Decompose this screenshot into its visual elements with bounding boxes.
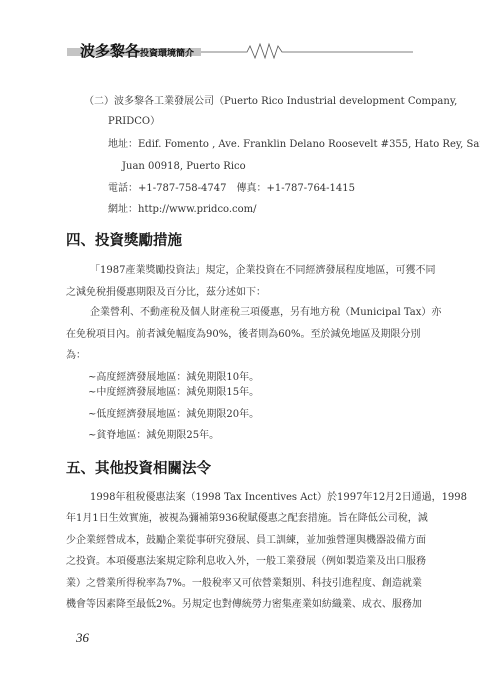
section-4-heading: 四、投資獎勵措施 [66, 229, 182, 250]
section-4-line: 「1987產業獎勵投資法」規定，企業投資在不同經濟發展程度地區，可獲不同 [90, 265, 435, 277]
list-item: ~高度經濟發展地區：減免期限10年。 [88, 372, 259, 384]
section-5-line: 機會等因素降至最低2%。另規定也對傳統勞力密集產業如紡織業、成衣、服務加 [66, 599, 422, 611]
section-5-line: 少企業經營成本，鼓勵企業從事研究發展、員工訓練，並加強營運與機器設備方面 [66, 535, 426, 547]
section-5-heading: 五、其他投資相關法令 [66, 457, 211, 478]
section-4-line: 在免稅項目內。前者減免幅度為90%，後者則為60%。至於減免地區及期限分別 [66, 329, 420, 341]
org-line-1: （二）波多黎各工業發展公司（Puerto Rico Industrial dev… [84, 96, 457, 108]
section-4-line: 之減免稅捐優惠期限及百分比，茲分述如下： [66, 287, 266, 299]
section-5-line: 之投資。本項優惠法案規定除利息收入外，一般工業發展（例如製造業及出口服務 [66, 556, 426, 568]
section-5-line: 年1月1日生效實施，被視為彌補第936稅賦優惠之配套措施。旨在降低公司稅，減 [66, 513, 428, 525]
section-4-line: 企業營利、不動產稅及個人財產稅三項優惠，另有地方稅（Municipal Tax）… [90, 307, 441, 319]
section-4-line: 為： [66, 350, 86, 362]
list-item: ~貧脊地區：減免期限25年。 [88, 430, 219, 442]
address-line-1: 地址：Edif. Fomento , Ave. Franklin Delano … [108, 139, 480, 151]
address-line-2: Juan 00918, Puerto Rico [122, 161, 246, 173]
list-item: ~中度經濟發展地區：減免期限15年。 [88, 387, 259, 399]
section-5-line: 1998年租稅優惠法案（1998 Tax Incentives Act）於199… [90, 492, 467, 504]
list-item: ~低度經濟發展地區：減免期限20年。 [88, 409, 259, 421]
header-zigzag-line-icon [0, 0, 480, 70]
running-header: 波多黎各投資環境簡介 [0, 0, 480, 70]
page-number: 36 [76, 630, 89, 646]
section-5-line: 業）之營業所得稅率為7%。一般稅率又可依營業類別、科技引進程度、創造就業 [66, 578, 422, 590]
phone-fax: 電話：+1-787-758-4747 傳真：+1-787-764-1415 [108, 183, 355, 195]
org-line-2: PRIDCO） [108, 116, 160, 128]
website: 網址：http://www.pridco.com/ [108, 204, 257, 216]
